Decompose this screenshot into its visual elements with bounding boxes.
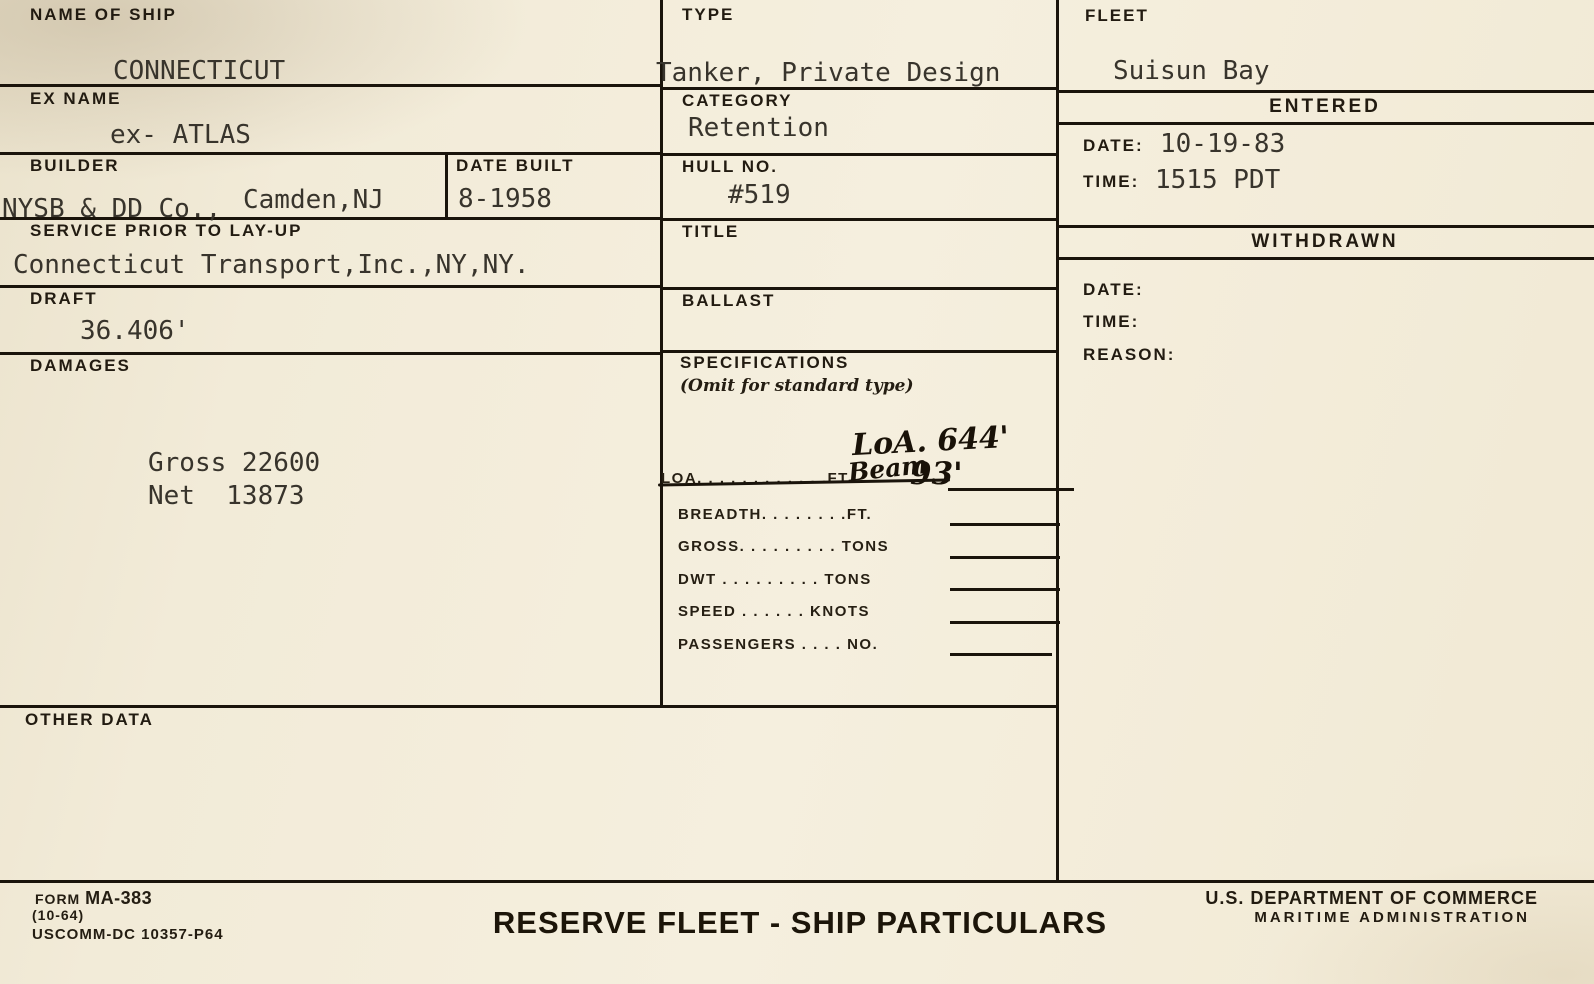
label-service-prior-to-layup: SERVICE PRIOR TO LAY-UP — [30, 221, 302, 241]
divider-builder-datebuilt — [445, 152, 448, 218]
label-title: TITLE — [682, 222, 739, 242]
label-fleet: FLEET — [1085, 6, 1149, 26]
entered-header: ENTERED — [1056, 96, 1594, 118]
form-prefix: FORM — [35, 891, 80, 907]
label-category: CATEGORY — [682, 91, 792, 111]
blank-rule-loa — [948, 488, 1074, 491]
label-damages: DAMAGES — [30, 356, 131, 376]
handwritten-beam-value: 93' — [910, 456, 963, 492]
line-under-hull-no — [660, 218, 1059, 221]
form-revision: (10-64) — [32, 907, 84, 923]
value-date-built: 8-1958 — [458, 184, 552, 214]
label-date-built: DATE BUILT — [456, 156, 575, 176]
specifications-note: (Omit for standard type) — [680, 376, 914, 396]
label-withdrawn-time: TIME: — [1083, 312, 1139, 332]
line-under-draft — [0, 352, 663, 355]
blank-rule-dwt — [950, 588, 1060, 591]
value-fleet: Suisun Bay — [1113, 56, 1270, 86]
line-footer — [0, 880, 1594, 883]
label-draft: DRAFT — [30, 289, 98, 309]
blank-rule-speed — [950, 621, 1060, 624]
label-specifications: SPECIFICATIONS — [680, 353, 849, 373]
label-entered-time: TIME: — [1083, 172, 1139, 192]
line-above-withdrawn-header — [1056, 225, 1594, 228]
value-entered-time: 1515 PDT — [1155, 165, 1280, 195]
spec-row-breadth: BREADTH. . . . . . . .FT. — [678, 506, 872, 523]
value-damages-gross: Gross 22600 — [148, 448, 320, 478]
form-print-code: USCOMM-DC 10357-P64 — [32, 926, 224, 943]
line-under-service — [0, 285, 663, 288]
line-under-entered-header — [1056, 122, 1594, 125]
form-number-line: FORM MA-383 — [35, 888, 152, 909]
divider-middle-right — [1056, 0, 1059, 881]
value-builder-company: NYSB & DD Co., — [2, 194, 221, 224]
line-under-category — [660, 153, 1059, 156]
withdrawn-header: WITHDRAWN — [1056, 231, 1594, 253]
divider-left-middle — [660, 0, 663, 706]
label-ex-name: EX NAME — [30, 89, 121, 109]
label-ballast: BALLAST — [682, 291, 775, 311]
value-draft: 36.406' — [80, 316, 190, 346]
blank-rule-breadth — [950, 523, 1060, 526]
value-builder-city: Camden,NJ — [243, 185, 384, 215]
value-type: Tanker, Private Design — [656, 58, 1000, 88]
sub-agency-name: MARITIME ADMINISTRATION — [1100, 909, 1530, 926]
label-type: TYPE — [682, 5, 734, 25]
line-under-withdrawn-header — [1056, 257, 1594, 260]
line-under-fleet — [1056, 90, 1594, 93]
value-ex-name: ex- ATLAS — [110, 120, 251, 150]
label-withdrawn-date: DATE: — [1083, 280, 1144, 300]
label-entered-date: DATE: — [1083, 136, 1144, 156]
line-under-ex-name — [0, 152, 663, 155]
line-under-ship-name — [0, 84, 663, 87]
ship-particulars-card: NAME OF SHIP CONNECTICUT EX NAME ex- ATL… — [0, 0, 1594, 984]
value-damages-net: Net 13873 — [148, 481, 305, 511]
spec-row-dwt: DWT . . . . . . . . . TONS — [678, 571, 872, 588]
label-builder: BUILDER — [30, 156, 120, 176]
value-category: Retention — [688, 113, 829, 143]
label-name-of-ship: NAME OF SHIP — [30, 5, 177, 25]
spec-row-passengers: PASSENGERS . . . . NO. — [678, 636, 878, 653]
document-title: RESERVE FLEET - SHIP PARTICULARS — [400, 905, 1200, 941]
blank-rule-passengers — [950, 653, 1052, 656]
form-number: MA-383 — [85, 888, 152, 908]
label-withdrawn-reason: REASON: — [1083, 345, 1175, 365]
agency-name: U.S. DEPARTMENT OF COMMERCE — [1100, 888, 1538, 909]
value-name-of-ship: CONNECTICUT — [113, 56, 285, 86]
line-other-data-top — [0, 705, 1059, 708]
spec-row-speed: SPEED . . . . . . KNOTS — [678, 603, 870, 620]
value-hull-no: #519 — [728, 180, 791, 210]
value-service-prior-to-layup: Connecticut Transport,Inc.,NY,NY. — [13, 250, 530, 280]
spec-row-gross: GROSS. . . . . . . . . TONS — [678, 538, 889, 555]
label-other-data: OTHER DATA — [25, 710, 154, 730]
label-hull-no: HULL NO. — [682, 157, 778, 177]
value-entered-date: 10-19-83 — [1160, 129, 1285, 159]
blank-rule-gross — [950, 556, 1060, 559]
line-under-title — [660, 287, 1059, 290]
